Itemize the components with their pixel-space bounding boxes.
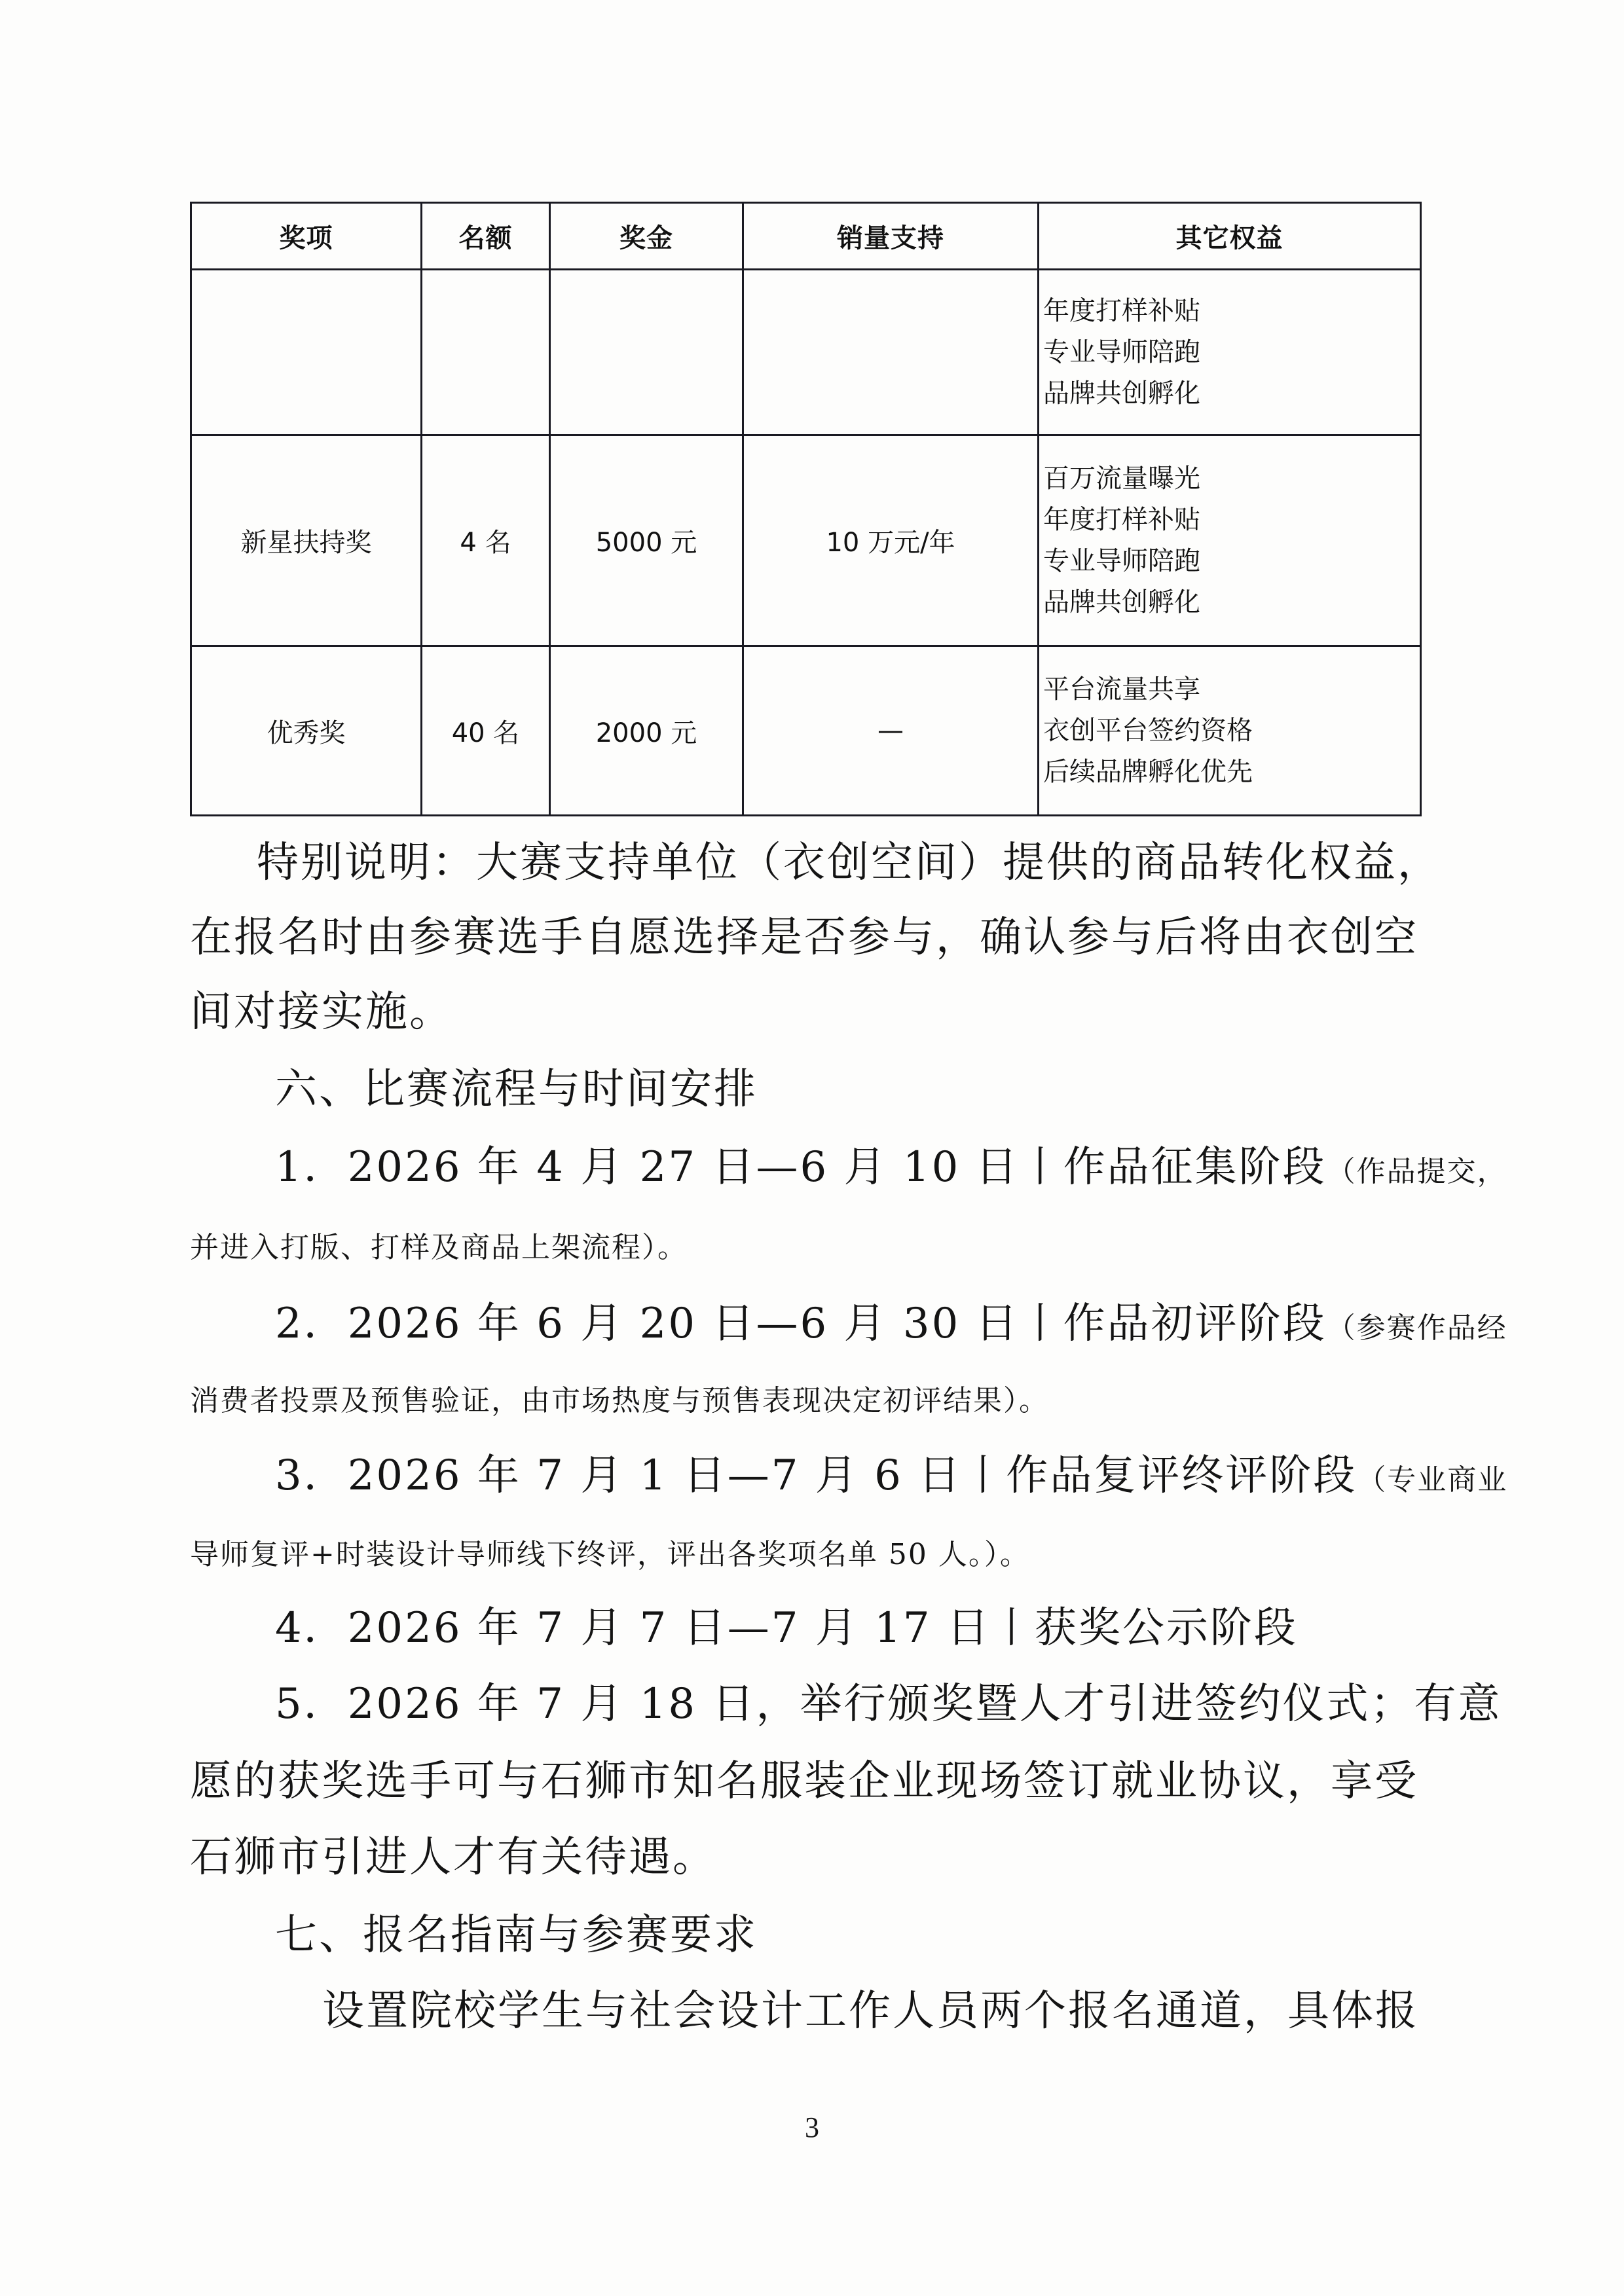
cell-benefits: 平台流量共享 衣创平台签约资格 后续品牌孵化优先 (1039, 646, 1421, 816)
header-other-benefits: 其它权益 (1039, 203, 1421, 270)
schedule-item-main: 2．2026 年 6 月 20 日—6 月 30 日丨作品初评阶段 (275, 1300, 1327, 1348)
benefit-item: 专业导师陪跑 (1043, 541, 1420, 582)
schedule-item-note: （参赛作品经 (1327, 1311, 1507, 1345)
benefit-item: 平台流量共享 (1043, 669, 1420, 710)
table-row: 新星扶持奖 4 名 5000 元 10 万元/年 百万流量曝光 年度打样补贴 专… (191, 435, 1421, 646)
cell-sales-support (743, 270, 1039, 435)
benefit-item: 年度打样补贴 (1043, 500, 1420, 541)
benefit-item: 后续品牌孵化优先 (1043, 752, 1420, 793)
cell-award: 优秀奖 (191, 646, 422, 816)
benefit-item: 品牌共创孵化 (1043, 373, 1420, 414)
schedule-item-5-line: 石狮市引进人才有关待遇。 (190, 1831, 716, 1884)
schedule-item-note-continued: 导师复评+时装设计导师线下终评，评出各奖项名单 50 人。）。 (190, 1529, 1030, 1581)
schedule-item-note: （作品提交， (1327, 1155, 1507, 1188)
cell-award: 新星扶持奖 (191, 435, 422, 646)
special-note-line: 间对接实施。 (190, 986, 453, 1038)
cell-sales-support: — (743, 646, 1039, 816)
page-number: 3 (799, 2109, 825, 2146)
schedule-item-note-continued: 消费者投票及预售验证，由市场热度与预售表现决定初评结果）。 (190, 1375, 1049, 1427)
cell-award (191, 270, 422, 435)
special-note-line: 在报名时由参赛选手自愿选择是否参与，确认参与后将由衣创空 (190, 911, 1418, 964)
section-heading: 六、比赛流程与时间安排 (275, 1063, 758, 1116)
cell-quota (422, 270, 550, 435)
cell-prize (550, 270, 743, 435)
benefit-item: 品牌共创孵化 (1043, 582, 1420, 623)
schedule-item-4: 4．2026 年 7 月 7 日—7 月 17 日丨获奖公示阶段 (275, 1602, 1298, 1654)
header-prize: 奖金 (550, 203, 743, 270)
schedule-item-2: 2．2026 年 6 月 20 日—6 月 30 日丨作品初评阶段（参赛作品经 (275, 1298, 1507, 1350)
schedule-item-main: 1．2026 年 4 月 27 日—6 月 10 日丨作品征集阶段 (275, 1143, 1327, 1192)
schedule-item-note: （专业商业 (1357, 1463, 1507, 1497)
schedule-item-note-continued: 并进入打版、打样及商品上架流程）。 (190, 1222, 688, 1274)
benefit-item: 专业导师陪跑 (1043, 332, 1420, 373)
cell-quota: 4 名 (422, 435, 550, 646)
document-page: 奖项 名额 奖金 销量支持 其它权益 年度打样补贴 专业导师陪跑 品牌共创孵化 (0, 0, 1624, 2296)
benefit-item: 年度打样补贴 (1043, 291, 1420, 332)
schedule-item-3: 3．2026 年 7 月 1 日—7 月 6 日丨作品复评终评阶段（专业商业 (275, 1449, 1507, 1502)
table-row: 优秀奖 40 名 2000 元 — 平台流量共享 衣创平台签约资格 后续品牌孵化… (191, 646, 1421, 816)
awards-table: 奖项 名额 奖金 销量支持 其它权益 年度打样补贴 专业导师陪跑 品牌共创孵化 (190, 202, 1422, 816)
cell-benefits: 百万流量曝光 年度打样补贴 专业导师陪跑 品牌共创孵化 (1039, 435, 1421, 646)
cell-prize: 2000 元 (550, 646, 743, 816)
benefit-item: 衣创平台签约资格 (1043, 710, 1420, 752)
cell-prize: 5000 元 (550, 435, 743, 646)
cell-benefits: 年度打样补贴 专业导师陪跑 品牌共创孵化 (1039, 270, 1421, 435)
header-award: 奖项 (191, 203, 422, 270)
section7-paragraph-line: 设置院校学生与社会设计工作人员两个报名通道，具体报 (322, 1985, 1419, 2037)
table-header-row: 奖项 名额 奖金 销量支持 其它权益 (191, 203, 1421, 270)
header-quota: 名额 (422, 203, 550, 270)
section-heading: 七、报名指南与参赛要求 (275, 1909, 758, 1961)
schedule-item-1: 1．2026 年 4 月 27 日—6 月 10 日丨作品征集阶段（作品提交， (275, 1141, 1507, 1194)
schedule-item-5-line: 5．2026 年 7 月 18 日，举行颁奖暨人才引进签约仪式；有意 (275, 1678, 1502, 1730)
schedule-item-5-line: 愿的获奖选手可与石狮市知名服装企业现场签订就业协议，享受 (190, 1755, 1418, 1808)
special-note-line: 特别说明：大赛支持单位（衣创空间）提供的商品转化权益， (257, 837, 1441, 889)
schedule-item-main: 3．2026 年 7 月 1 日—7 月 6 日丨作品复评终评阶段 (275, 1451, 1357, 1500)
cell-quota: 40 名 (422, 646, 550, 816)
header-sales-support: 销量支持 (743, 203, 1039, 270)
table-row: 年度打样补贴 专业导师陪跑 品牌共创孵化 (191, 270, 1421, 435)
cell-sales-support: 10 万元/年 (743, 435, 1039, 646)
benefit-item: 百万流量曝光 (1043, 458, 1420, 500)
